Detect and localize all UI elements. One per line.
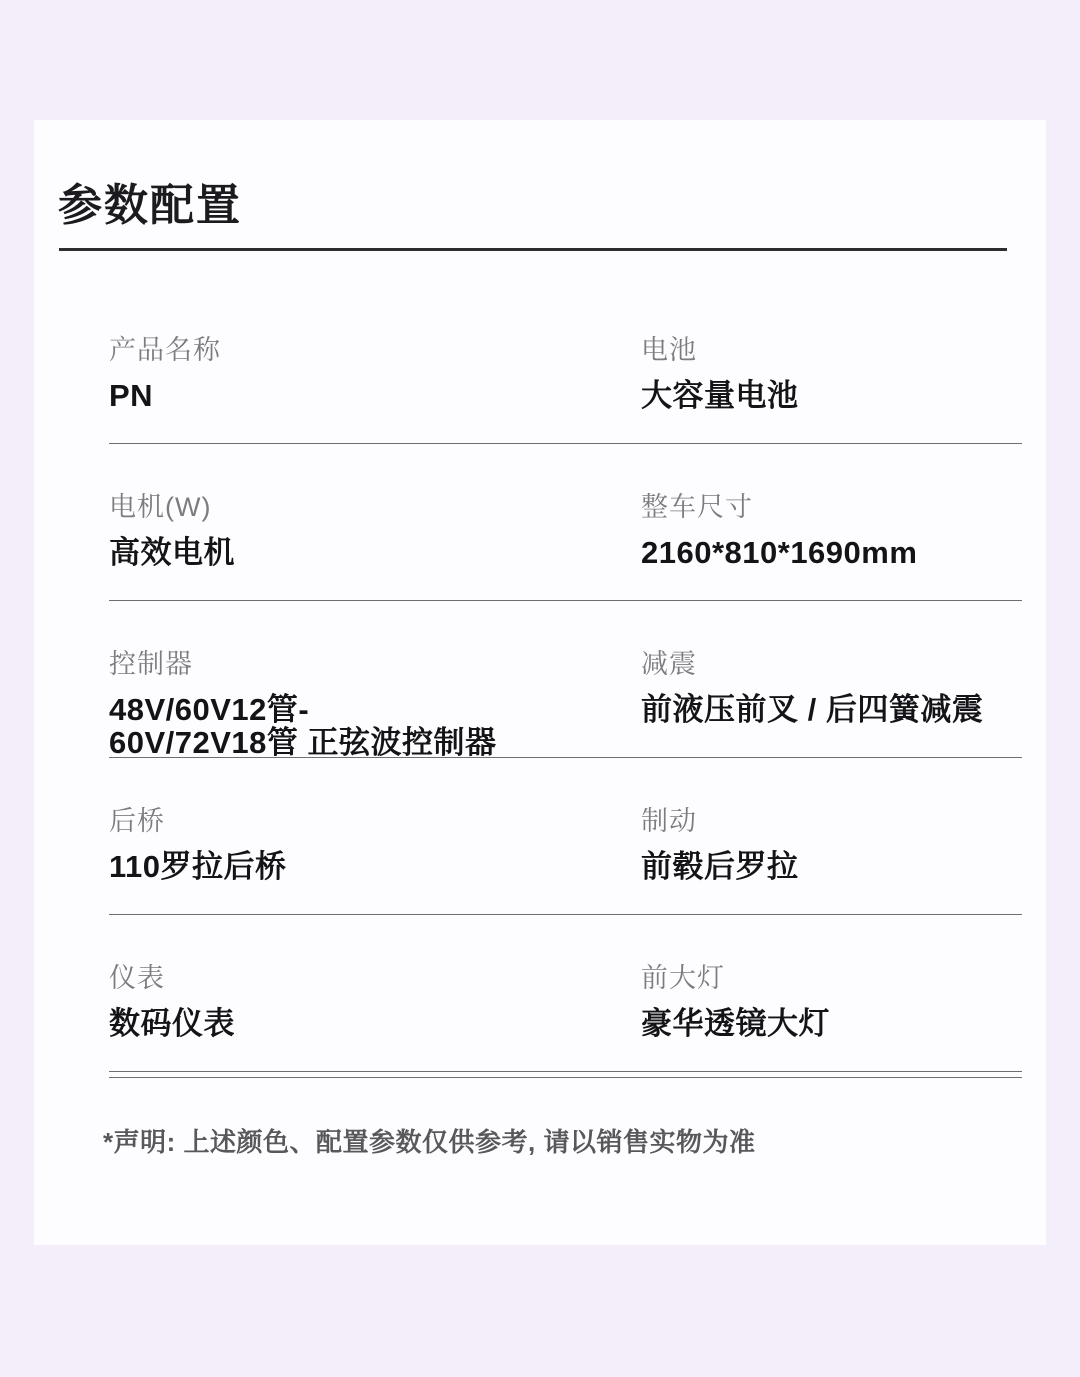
spec-cell-headlight: 前大灯 豪华透镜大灯 <box>641 963 1022 1071</box>
spec-row-5: 仪表 数码仪表 前大灯 豪华透镜大灯 <box>109 915 1022 1072</box>
spec-value: 前液压前叉 / 后四簧减震 <box>641 694 1022 727</box>
spec-row-1: 产品名称 PN 电池 大容量电池 <box>109 287 1022 444</box>
spec-label: 产品名称 <box>109 335 641 366</box>
spec-value: 2160*810*1690mm <box>641 537 1022 570</box>
spec-label: 前大灯 <box>641 963 1022 994</box>
spec-row-2: 电机(W) 高效电机 整车尺寸 2160*810*1690mm <box>109 444 1022 601</box>
spec-value: 48V/60V12管- 60V/72V18管 正弦波控制器 <box>109 694 641 759</box>
spec-label: 控制器 <box>109 649 641 680</box>
spec-value: 前毂后罗拉 <box>641 851 1022 884</box>
spec-cell-motor: 电机(W) 高效电机 <box>109 492 641 600</box>
spec-row-4: 后桥 110罗拉后桥 制动 前毂后罗拉 <box>109 758 1022 915</box>
spec-cell-vehicle-size: 整车尺寸 2160*810*1690mm <box>641 492 1022 600</box>
spec-value: 豪华透镜大灯 <box>641 1008 1022 1041</box>
spec-value: PN <box>109 380 641 413</box>
spec-label: 后桥 <box>109 806 641 837</box>
spec-label: 电池 <box>641 335 1022 366</box>
spec-value: 数码仪表 <box>109 1008 641 1041</box>
spec-cell-instrument: 仪表 数码仪表 <box>109 963 641 1071</box>
spec-cell-brake: 制动 前毂后罗拉 <box>641 806 1022 914</box>
disclaimer-note: *声明: 上述颜色、配置参数仅供参考, 请以销售实物为准 <box>103 1122 755 1159</box>
spec-value: 高效电机 <box>109 537 641 570</box>
spec-cell-controller: 控制器 48V/60V12管- 60V/72V18管 正弦波控制器 <box>109 649 641 757</box>
spec-row-3: 控制器 48V/60V12管- 60V/72V18管 正弦波控制器 减震 前液压… <box>109 601 1022 758</box>
spec-cell-rear-axle: 后桥 110罗拉后桥 <box>109 806 641 914</box>
spec-cell-product-name: 产品名称 PN <box>109 335 641 443</box>
spec-value: 110罗拉后桥 <box>109 851 641 884</box>
spec-cell-suspension: 减震 前液压前叉 / 后四簧减震 <box>641 649 1022 757</box>
spec-cell-battery: 电池 大容量电池 <box>641 335 1022 443</box>
spec-label: 减震 <box>641 649 1022 680</box>
table-bottom-double-rule <box>109 1072 1022 1078</box>
spec-label: 制动 <box>641 806 1022 837</box>
spec-label: 电机(W) <box>109 492 641 523</box>
spec-table: 产品名称 PN 电池 大容量电池 电机(W) 高效电机 整车尺寸 2160*81… <box>109 287 1022 1078</box>
spec-value: 大容量电池 <box>641 380 1022 413</box>
spec-label: 仪表 <box>109 963 641 994</box>
spec-label: 整车尺寸 <box>641 492 1022 523</box>
title-underline <box>59 248 1007 251</box>
spec-card: 参数配置 产品名称 PN 电池 大容量电池 电机(W) 高效电机 整车尺寸 21… <box>34 120 1046 1245</box>
page-title: 参数配置 <box>58 184 242 228</box>
